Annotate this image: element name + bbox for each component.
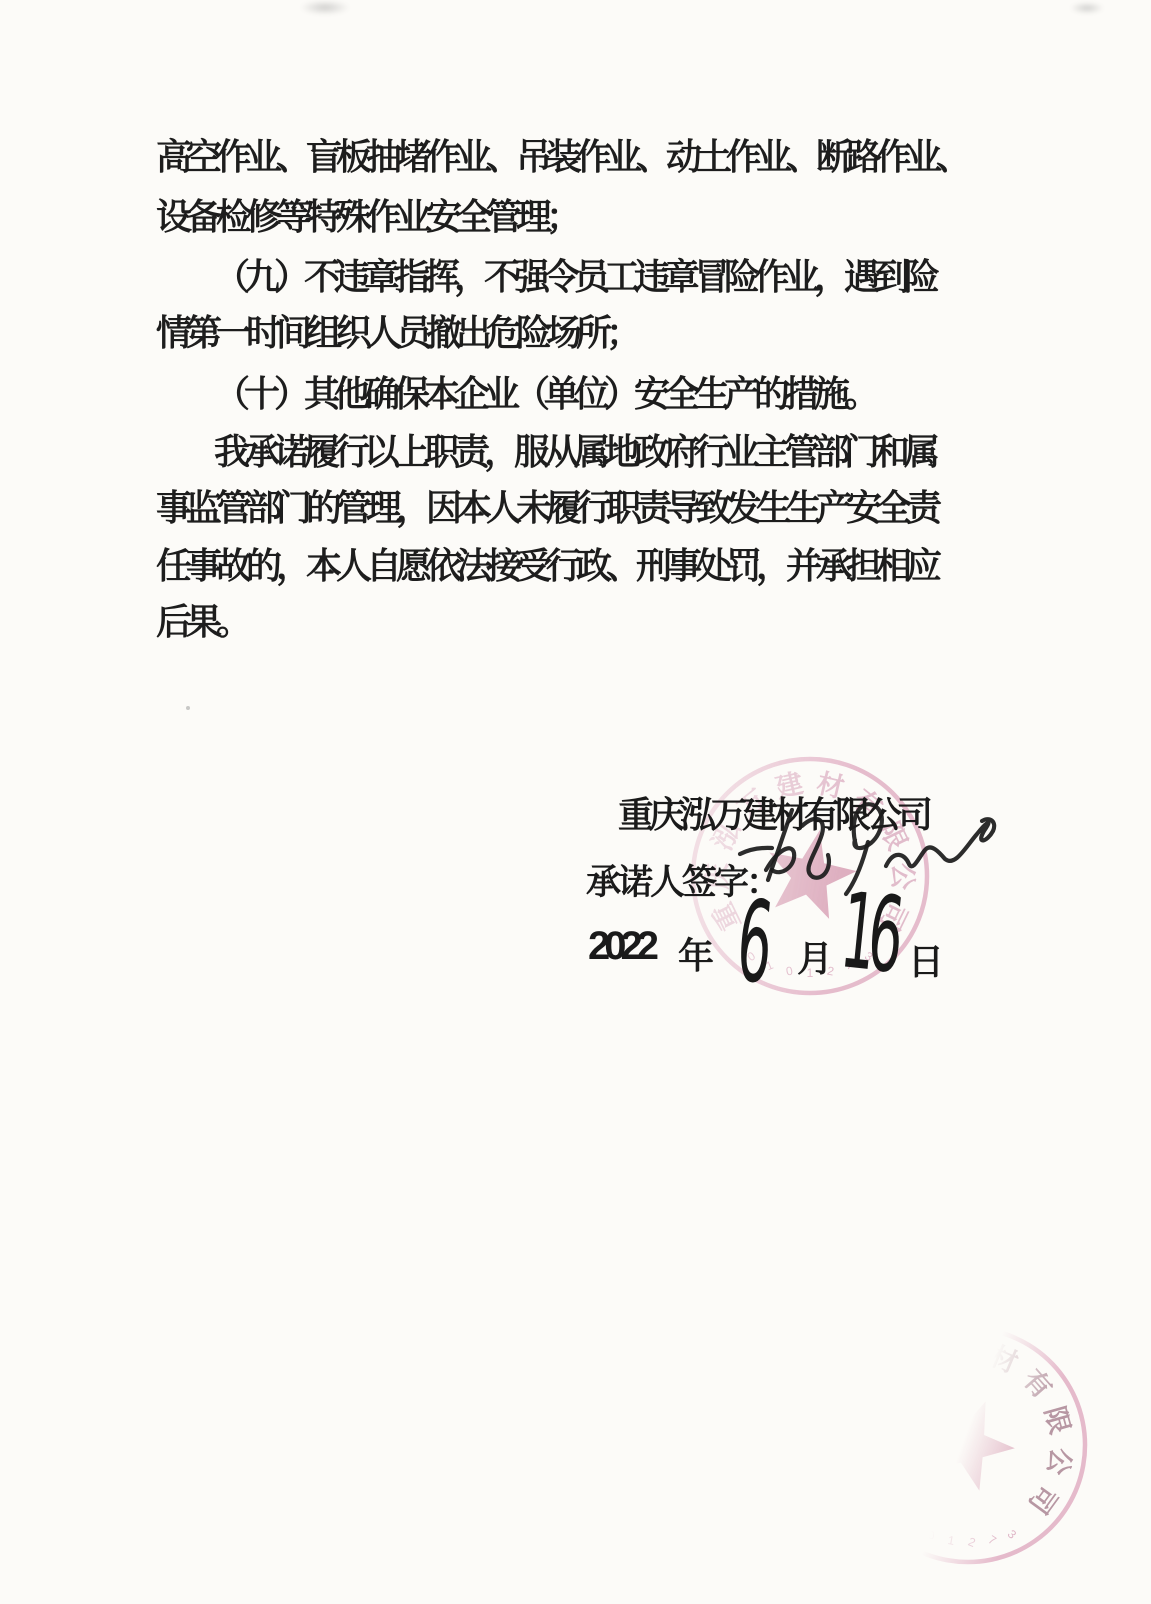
svg-text:3: 3 [1005, 1527, 1020, 1542]
body-line: 设备检修等特殊作业安全管理； [156, 199, 576, 235]
svg-text:0: 0 [785, 963, 795, 978]
svg-text:泓: 泓 [873, 1371, 914, 1411]
handwritten-signature [726, 790, 1006, 910]
corner-partial-seal-stamp: 重庆泓万建材有限公司0101273 [817, 1294, 1118, 1595]
body-line: 事监管部门的管理，因本人未履行职责导致发生生产安全责 [156, 490, 936, 526]
svg-text:7: 7 [986, 1532, 999, 1548]
scan-smudge [1070, 2, 1104, 14]
svg-text:万: 万 [905, 1344, 943, 1383]
svg-text:司: 司 [1023, 1480, 1063, 1519]
svg-text:公: 公 [1042, 1446, 1076, 1478]
body-line: 后果。 [156, 604, 246, 640]
svg-text:2: 2 [966, 1534, 978, 1550]
date-year-unit: 年 [678, 928, 714, 979]
ink-dot-artifact [186, 706, 190, 710]
body-line: 高空作业、盲板抽堵作业、吊装作业、动土作业、断路作业、 [156, 139, 966, 175]
body-line: （十）其他确保本企业（单位）安全生产的措施。 [214, 376, 874, 412]
date-month-unit: 月 [797, 931, 833, 982]
svg-text:0: 0 [928, 1528, 935, 1542]
svg-text:庆: 庆 [859, 1413, 894, 1445]
corner-seal-graphic: 重庆泓万建材有限公司0101273 [817, 1294, 1118, 1595]
scan-smudge [300, 0, 350, 15]
body-line: 任事故的，本人自愿依法接受行政、刑事处罚，并承担相应 [156, 548, 936, 584]
svg-text:1: 1 [947, 1533, 956, 1548]
body-line: 情第一时间组织人员撤出危险场所； [156, 315, 636, 351]
date-year: 2022 [588, 924, 653, 969]
svg-text:有: 有 [1017, 1364, 1057, 1404]
body-line: 我承诺履行以上职责，服从属地政府行业主管部门和属 [214, 434, 934, 470]
scanned-document-page: 重庆泓万建材有限公司0101273 重庆泓万建材有限公司0101273 高空作业… [0, 0, 1151, 1604]
svg-text:限: 限 [1039, 1403, 1075, 1437]
svg-text:重: 重 [861, 1453, 897, 1487]
svg-text:材: 材 [986, 1341, 1023, 1379]
body-line: （九）不违章指挥，不强令员工违章冒险作业，遇到险 [214, 259, 934, 295]
date-day-unit: 日 [908, 934, 944, 985]
svg-text:1: 1 [908, 1518, 918, 1533]
svg-text:建: 建 [949, 1337, 977, 1368]
svg-text:0: 0 [890, 1506, 902, 1522]
